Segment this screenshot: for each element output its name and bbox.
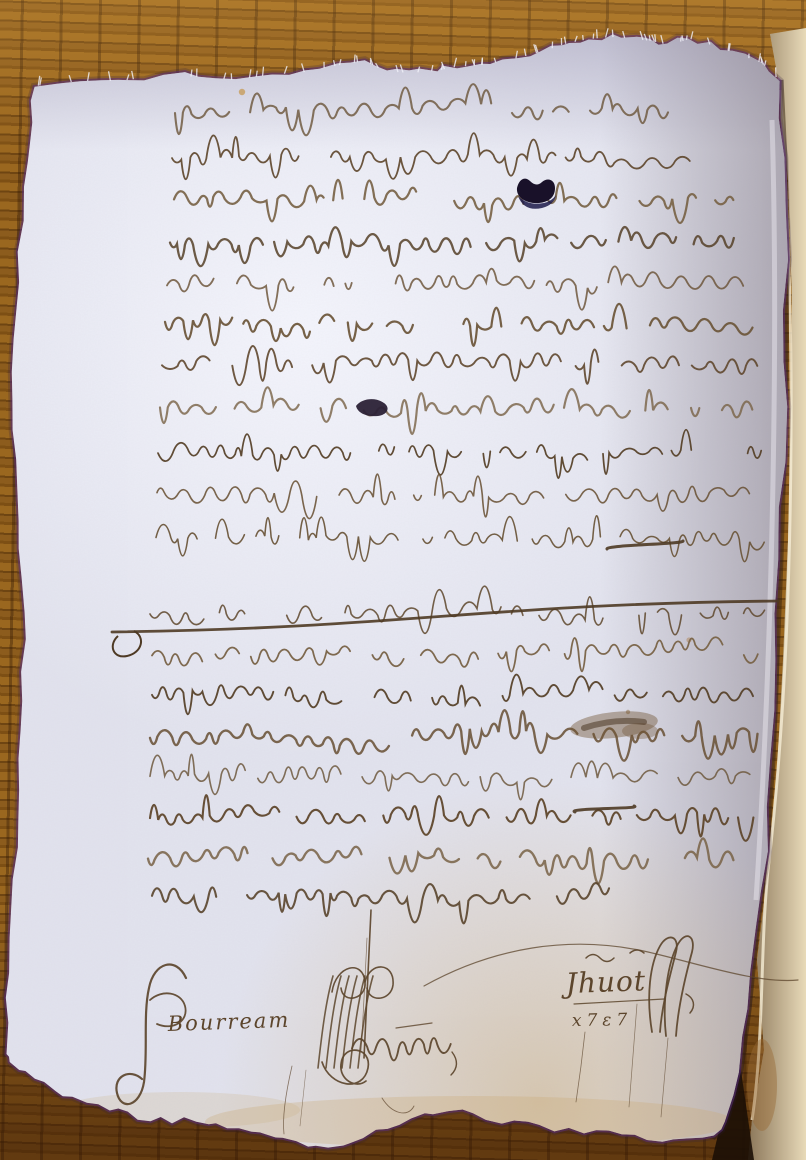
ink-smudge (622, 723, 658, 739)
photo-scene: Bourream Jhuot x7ε7 (0, 0, 806, 1160)
signature-right-marks: x7ε7 (572, 1010, 633, 1031)
manuscript-page (0, 0, 806, 1160)
signature-right-name: Jhuot (560, 964, 647, 1000)
manuscript-photo: Bourream Jhuot x7ε7 (0, 0, 806, 1160)
